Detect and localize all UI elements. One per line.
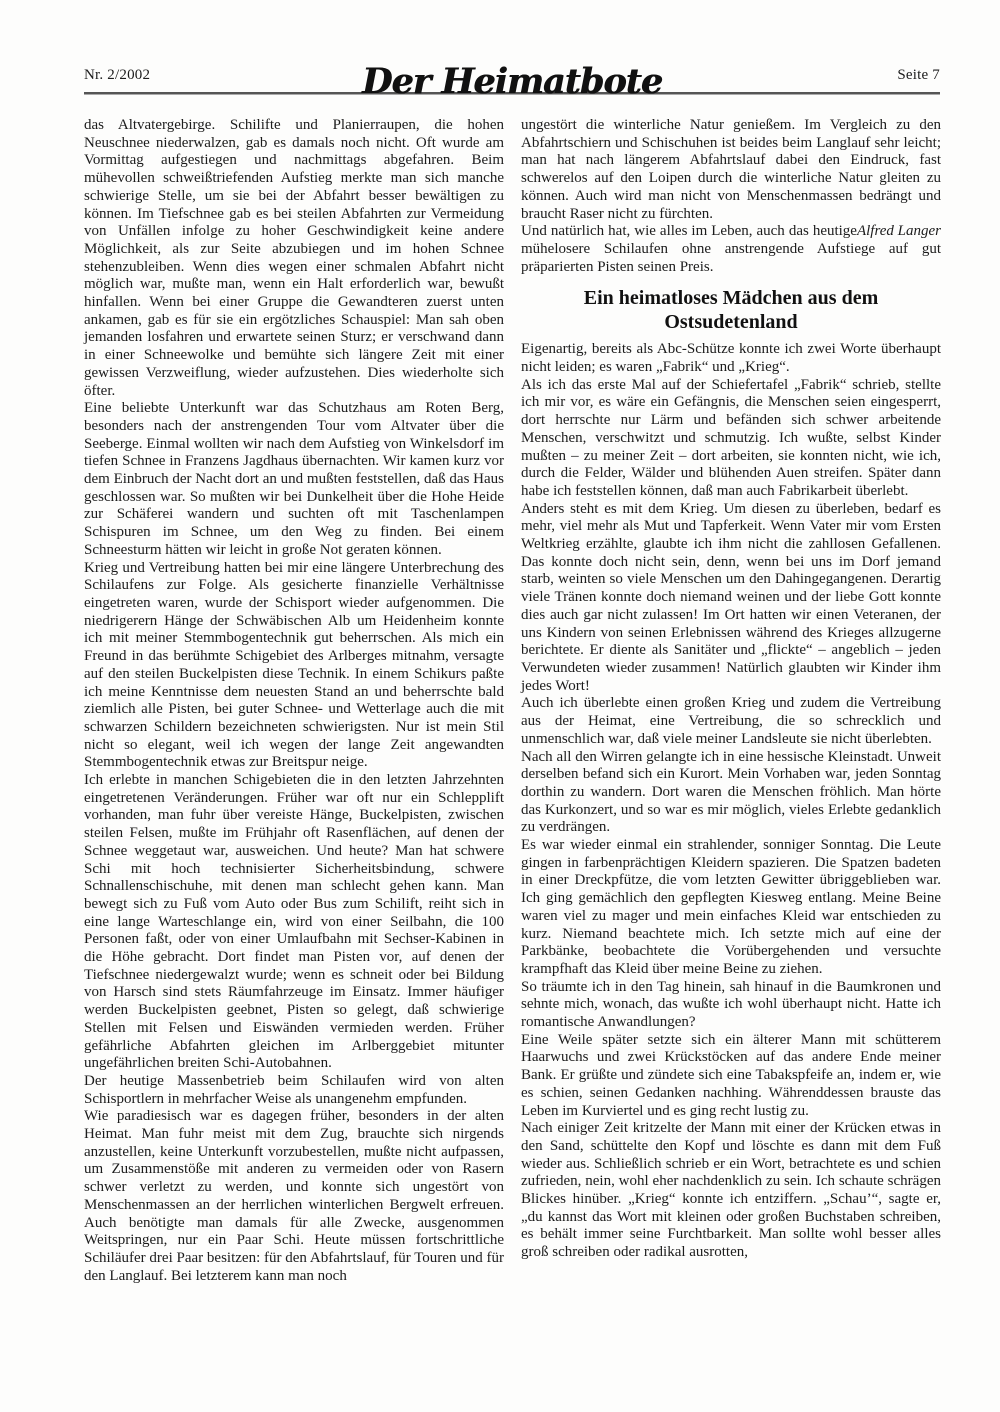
article-title: Ein heimatloses Mädchen aus dem Ostsudet… (535, 286, 927, 334)
skiing-paragraph: Krieg und Vertreibung hatten bei mir ein… (84, 560, 504, 772)
skiing-paragraph: das Altvatergebirge. Schilifte und Plani… (84, 117, 504, 400)
left-column: das Altvatergebirge. Schilifte und Plani… (84, 117, 504, 1285)
article-body: das Altvatergebirge. Schilifte und Plani… (84, 117, 940, 1285)
maedchen-paragraph: Anders steht es mit dem Krieg. Um diesen… (521, 501, 941, 696)
page-header: Nr. 2/2002 Der Heimatbote Seite 7 (84, 40, 940, 92)
skiing-paragraph: Eine beliebte Unterkunft war das Schutzh… (84, 400, 504, 559)
masthead-title: Der Heimatbote (362, 61, 662, 102)
maedchen-paragraph: Nach einiger Zeit kritzelte der Mann mit… (521, 1120, 941, 1262)
maedchen-paragraph: Es war wieder einmal ein strahlender, so… (521, 837, 941, 979)
skiing-paragraph: Ich erlebte in manchen Schigebieten die … (84, 772, 504, 1073)
skiing-paragraph: ungestört die winterliche Natur genießem… (521, 117, 941, 223)
maedchen-paragraph: Eine Weile später setzte sich ein ältere… (521, 1032, 941, 1121)
newspaper-page: Nr. 2/2002 Der Heimatbote Seite 7 das Al… (0, 0, 1000, 1412)
skiing-paragraph: Der heutige Massenbetrieb beim Schilaufe… (84, 1073, 504, 1108)
maedchen-paragraph: Eigenartig, bereits als Abc-Schütze konn… (521, 341, 941, 376)
maedchen-paragraph: So träumte ich in den Tag hinein, sah hi… (521, 979, 941, 1032)
issue-number: Nr. 2/2002 (84, 67, 150, 84)
skiing-paragraph: Wie paradiesisch war es dagegen früher, … (84, 1108, 504, 1285)
maedchen-paragraph: Nach all den Wirren gelangte ich in eine… (521, 749, 941, 838)
maedchen-paragraph: Als ich das erste Mal auf der Schieferta… (521, 377, 941, 501)
page-number: Seite 7 (897, 67, 940, 84)
skiing-closing-paragraph: Alfred LangerUnd natürlich hat, wie alle… (521, 223, 941, 276)
maedchen-paragraph: Auch ich überlebte einen großen Krieg un… (521, 695, 941, 748)
author-signature: Alfred Langer (857, 223, 941, 241)
right-column: ungestört die winterliche Natur genießem… (521, 117, 941, 1285)
